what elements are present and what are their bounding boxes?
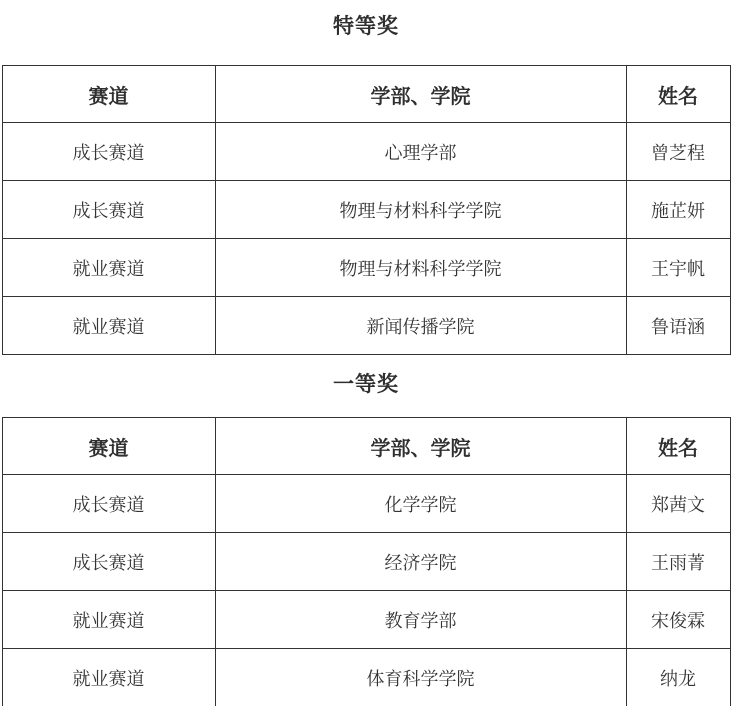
header-cell-track: 赛道 <box>2 66 215 123</box>
cell-name: 纳龙 <box>626 649 730 706</box>
cell-college: 新闻传播学院 <box>215 297 626 355</box>
table-row: 就业赛道 教育学部 宋俊霖 <box>2 591 730 649</box>
header-row: 赛道 学部、学院 姓名 <box>2 66 730 123</box>
cell-college: 化学学院 <box>215 475 626 533</box>
header-cell-college: 学部、学院 <box>215 418 626 475</box>
cell-name: 郑茜文 <box>626 475 730 533</box>
cell-college: 经济学院 <box>215 533 626 591</box>
cell-name: 宋俊霖 <box>626 591 730 649</box>
table-row: 成长赛道 经济学院 王雨菁 <box>2 533 730 591</box>
cell-track: 就业赛道 <box>2 239 215 297</box>
cell-track: 成长赛道 <box>2 475 215 533</box>
cell-name: 鲁语涵 <box>626 297 730 355</box>
header-cell-name: 姓名 <box>626 418 730 475</box>
cell-college: 物理与材料科学学院 <box>215 239 626 297</box>
cell-name: 王雨菁 <box>626 533 730 591</box>
cell-name: 王宇帆 <box>626 239 730 297</box>
results-table-special: 赛道 学部、学院 姓名 成长赛道 心理学部 曾芝程 成长赛道 物理与材料科学学院… <box>2 65 731 355</box>
header-cell-name: 姓名 <box>626 66 730 123</box>
cell-track: 成长赛道 <box>2 181 215 239</box>
cell-college: 心理学部 <box>215 123 626 181</box>
award-section-special: 特等奖 赛道 学部、学院 姓名 成长赛道 心理学部 曾芝程 成长赛道 物理与材料… <box>0 11 732 355</box>
award-title-special: 特等奖 <box>0 11 732 41</box>
results-table-first: 赛道 学部、学院 姓名 成长赛道 化学学院 郑茜文 成长赛道 经济学院 王雨菁 … <box>2 417 731 706</box>
cell-name: 曾芝程 <box>626 123 730 181</box>
cell-college: 教育学部 <box>215 591 626 649</box>
header-cell-college: 学部、学院 <box>215 66 626 123</box>
cell-track: 就业赛道 <box>2 297 215 355</box>
cell-college: 物理与材料科学学院 <box>215 181 626 239</box>
table-row: 成长赛道 心理学部 曾芝程 <box>2 123 730 181</box>
table-row: 成长赛道 化学学院 郑茜文 <box>2 475 730 533</box>
cell-track: 就业赛道 <box>2 649 215 706</box>
table-row: 成长赛道 物理与材料科学学院 施芷妍 <box>2 181 730 239</box>
cell-college: 体育科学学院 <box>215 649 626 706</box>
cell-name: 施芷妍 <box>626 181 730 239</box>
header-cell-track: 赛道 <box>2 418 215 475</box>
award-title-first: 一等奖 <box>0 369 732 399</box>
table-row: 就业赛道 物理与材料科学学院 王宇帆 <box>2 239 730 297</box>
header-row: 赛道 学部、学院 姓名 <box>2 418 730 475</box>
cell-track: 就业赛道 <box>2 591 215 649</box>
cell-track: 成长赛道 <box>2 533 215 591</box>
cell-track: 成长赛道 <box>2 123 215 181</box>
table-row: 就业赛道 体育科学学院 纳龙 <box>2 649 730 706</box>
award-section-first: 一等奖 赛道 学部、学院 姓名 成长赛道 化学学院 郑茜文 成长赛道 经济学院 … <box>0 369 732 706</box>
table-row: 就业赛道 新闻传播学院 鲁语涵 <box>2 297 730 355</box>
